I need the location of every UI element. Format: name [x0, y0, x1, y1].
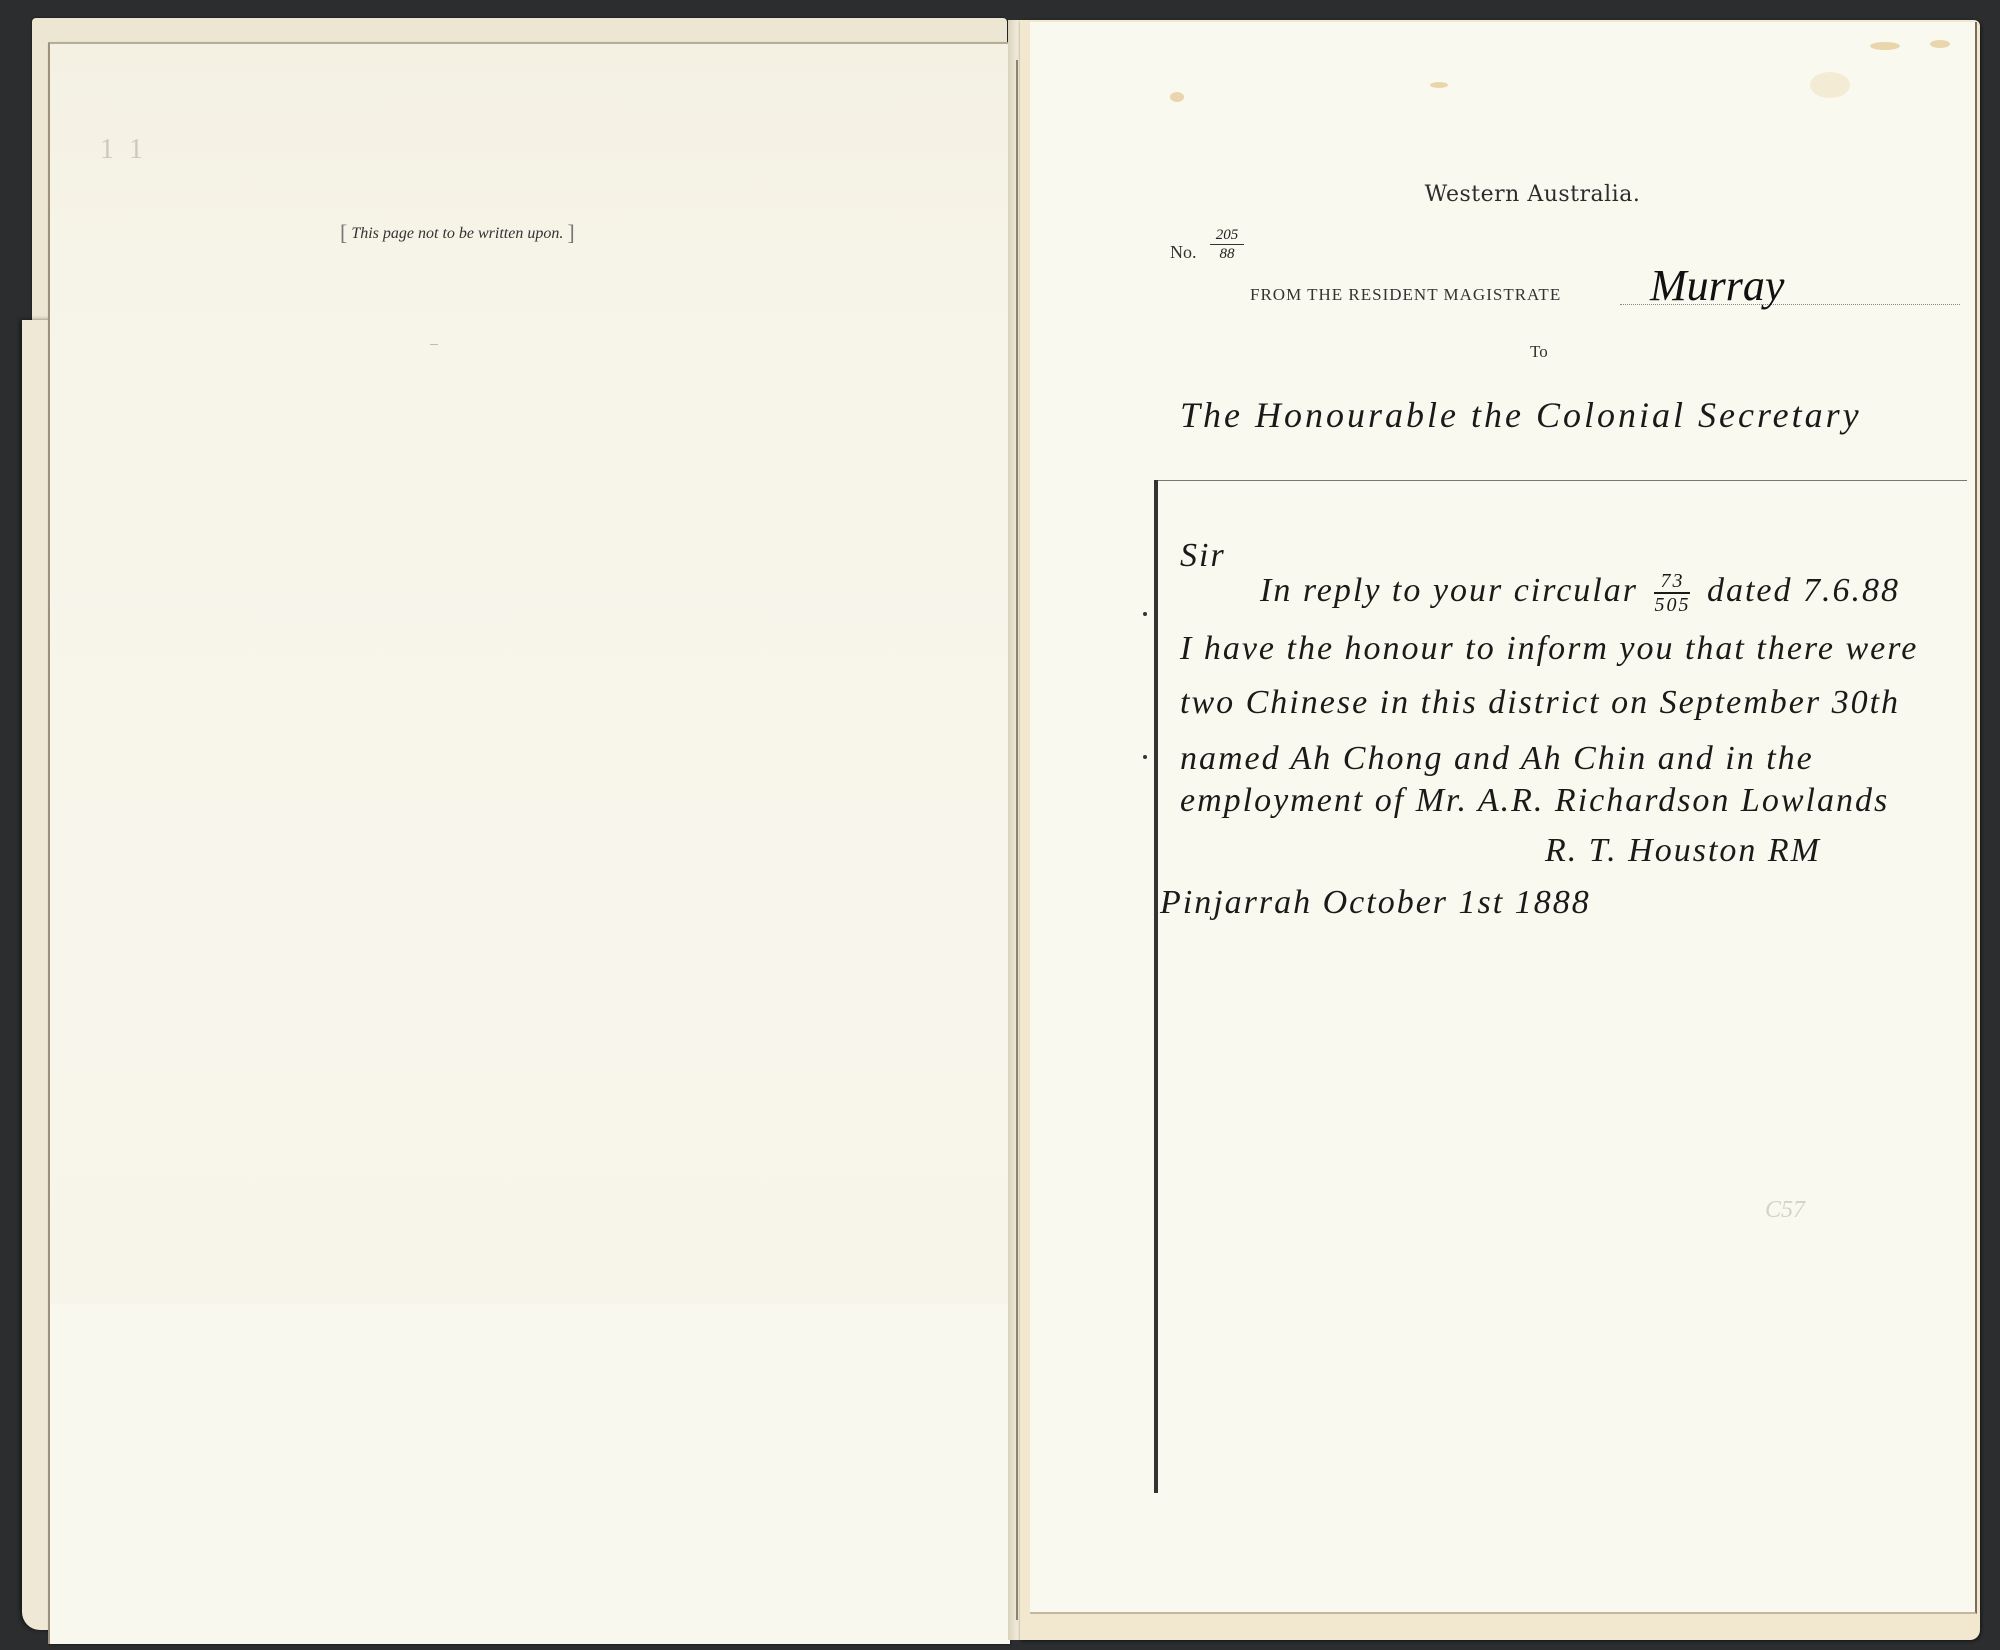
district-value: Murray: [1650, 260, 1784, 311]
place-and-date: Pinjarrah October 1st 1888: [1160, 884, 1591, 922]
lower-sheet: [50, 1304, 1010, 1644]
stain-mark: [1430, 82, 1448, 88]
page-notice: [ This page not to be written upon. ]: [340, 220, 575, 246]
circular-denominator: 505: [1654, 594, 1690, 616]
reference-number: 205 88: [1210, 226, 1244, 263]
letter-salutation: Sir: [1180, 537, 1226, 575]
stain-mark: [1170, 92, 1184, 102]
margin-dot: [1143, 755, 1147, 759]
to-label: To: [1530, 342, 1548, 362]
letter-line-3: two Chinese in this district on Septembe…: [1180, 684, 1900, 722]
stain-mark: [1870, 42, 1900, 50]
addressee: The Honourable the Colonial Secretary: [1180, 394, 1862, 436]
bracket-open: [: [340, 220, 347, 245]
right-page-form: Western Australia. No. 205 88 FROM THE R…: [1030, 22, 1977, 1614]
margin-dot: [1143, 612, 1147, 616]
letter-box-left-rule: [1154, 480, 1158, 1493]
folio-mark: 1 1: [100, 134, 147, 166]
circular-reference: 73 505: [1654, 570, 1690, 616]
signature: R. T. Houston RM: [1545, 832, 1821, 870]
stain-mark: [1810, 72, 1850, 98]
letter-box-top-rule: [1157, 480, 1967, 481]
from-label: FROM THE RESIDENT MAGISTRATE: [1250, 285, 1561, 305]
form-heading: Western Australia.: [1030, 182, 1975, 207]
stain-mark: [1930, 40, 1950, 48]
number-label: No.: [1170, 242, 1197, 263]
notice-text: This page not to be written upon.: [351, 225, 563, 242]
bracket-close: ]: [567, 220, 574, 245]
reference-numerator: 205: [1210, 226, 1244, 245]
letter-line-1b: dated 7.6.88: [1707, 572, 1900, 609]
faint-stamp: C57: [1765, 1197, 1805, 1224]
letter-line-1a: In reply to your circular: [1260, 572, 1638, 609]
left-page: 1 1 [ This page not to be written upon. …: [48, 42, 1010, 1644]
letter-line-5: employment of Mr. A.R. Richardson Lowlan…: [1180, 782, 1889, 820]
reference-denominator: 88: [1210, 245, 1244, 263]
gutter-shadow: [1016, 60, 1018, 1620]
faint-mark: [430, 344, 438, 345]
circular-numerator: 73: [1654, 570, 1690, 594]
letter-line-2: I have the honour to inform you that the…: [1180, 630, 1918, 668]
letter-line-1: In reply to your circular 73 505 dated 7…: [1260, 570, 1900, 616]
letter-line-4: named Ah Chong and Ah Chin and in the: [1180, 740, 1814, 778]
